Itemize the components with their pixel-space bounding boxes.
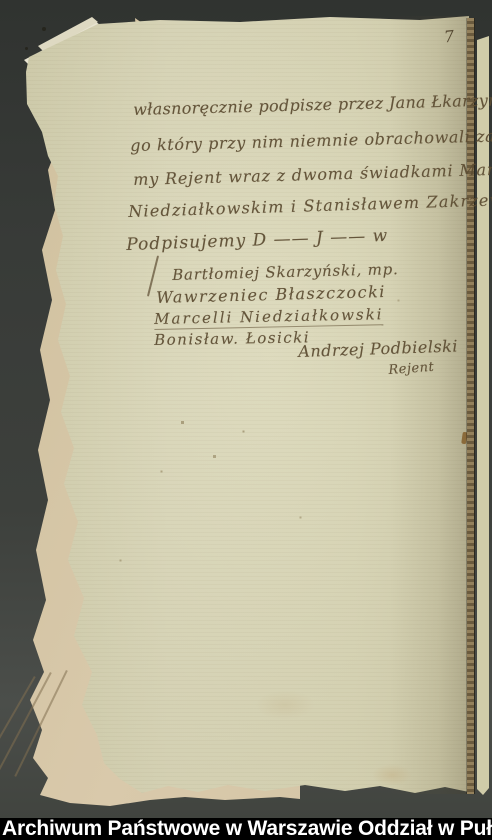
scan-photo: 7 własnoręcznie podpisze przez Jana Łkar… [0,0,492,818]
wormhole-mark [42,27,46,31]
signature: Bonisław. Łosicki [154,328,310,349]
wormhole-mark [25,47,28,50]
caption-bar: Archiwum Państwowe w Warszawie Oddział w… [0,818,492,840]
archive-scan-viewer: 7 własnoręcznie podpisze przez Jana Łkar… [0,0,492,840]
foxing-specks [0,0,1,1]
paper-stain [255,690,315,720]
caption-text: Archiwum Państwowe w Warszawie Oddział w… [0,818,492,840]
notary-title: Rejent [388,360,435,378]
paper-stain [372,764,412,786]
page-number: 7 [443,27,455,47]
